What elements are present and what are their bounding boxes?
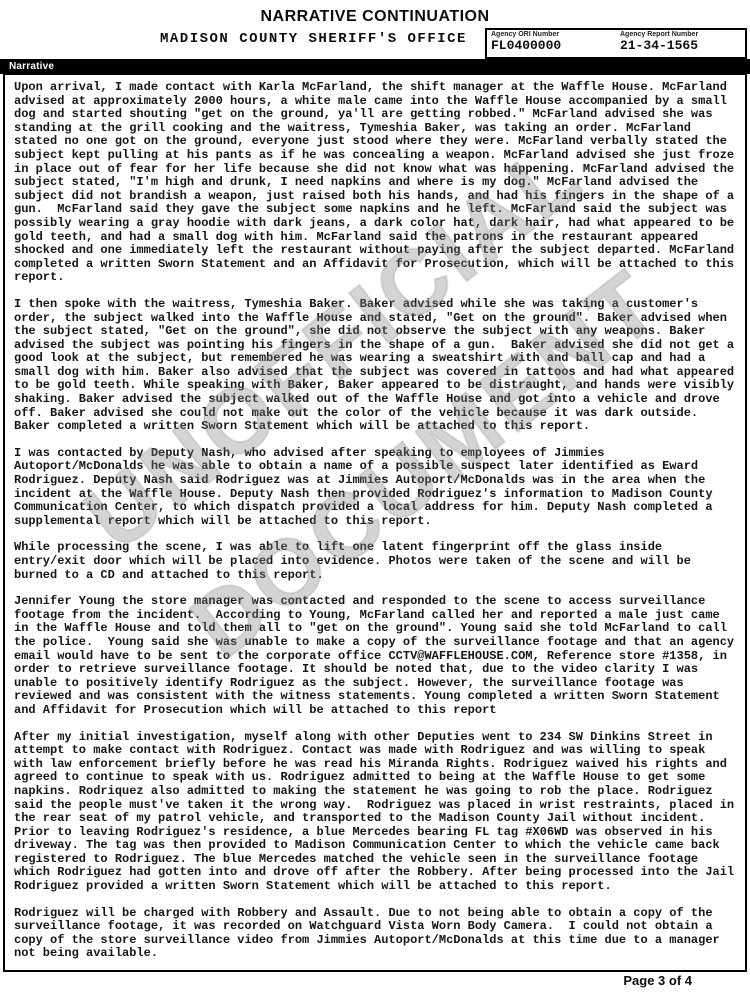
narrative-paragraph: Rodriguez will be charged with Robbery a…	[14, 907, 736, 961]
page-number: Page 3 of 4	[623, 973, 692, 988]
narrative-paragraph: I then spoke with the waitress, Tymeshia…	[14, 298, 736, 434]
agency-name: MADISON COUNTY SHERIFF'S OFFICE	[160, 31, 467, 47]
agency-ori-label: Agency ORI Number	[491, 31, 612, 38]
narrative-text: Upon arrival, I made contact with Karla …	[14, 81, 736, 961]
agency-report-value: 21-34-1565	[620, 38, 741, 53]
narrative-paragraph: Jennifer Young the store manager was con…	[14, 595, 736, 717]
narrative-paragraph: I was contacted by Deputy Nash, who advi…	[14, 447, 736, 529]
narrative-paragraph: Upon arrival, I made contact with Karla …	[14, 81, 736, 285]
agency-numbers-box: Agency ORI Number FL0400000 Agency Repor…	[485, 28, 747, 59]
narrative-paragraph: While processing the scene, I was able t…	[14, 541, 736, 582]
narrative-box: Upon arrival, I made contact with Karla …	[3, 74, 747, 972]
agency-report-cell: Agency Report Number 21-34-1565	[616, 30, 745, 57]
header-row: MADISON COUNTY SHERIFF'S OFFICE Agency O…	[0, 28, 750, 58]
agency-ori-cell: Agency ORI Number FL0400000	[487, 30, 616, 57]
narrative-section-header: Narrative	[0, 59, 750, 74]
agency-ori-value: FL0400000	[491, 38, 612, 53]
narrative-paragraph: After my initial investigation, myself a…	[14, 731, 736, 894]
agency-report-label: Agency Report Number	[620, 31, 741, 38]
report-page: NARRATIVE CONTINUATION MADISON COUNTY SH…	[0, 0, 750, 1000]
document-title: NARRATIVE CONTINUATION	[0, 0, 750, 26]
